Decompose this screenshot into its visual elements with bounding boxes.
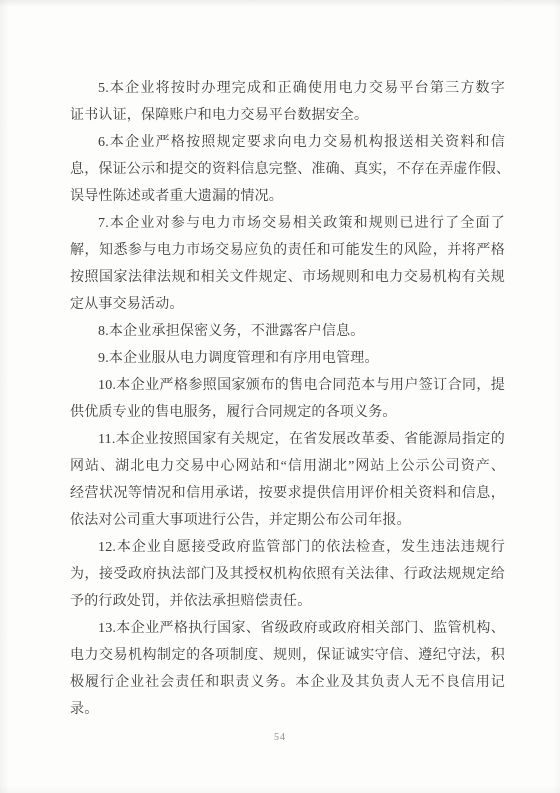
document-body: 5.本企业将按时办理完成和正确使用电力交易平台第三方数字证书认证，保障账户和电力… <box>70 75 505 723</box>
paragraph-line: 5.本企业将按时办理完成和正确使用电力交易平台第三方数字 <box>70 75 505 102</box>
paragraph-line: 网站、湖北电力交易中心网站和“信用湖北”网站上公示公司资产、 <box>70 453 505 480</box>
document-page: 5.本企业将按时办理完成和正确使用电力交易平台第三方数字证书认证，保障账户和电力… <box>0 0 560 793</box>
paragraph-line: 10.本企业严格参照国家颁布的售电合同范本与用户签订合同，提 <box>70 372 505 399</box>
paragraph-line: 极履行企业社会责任和职责义务。本企业及其负责人无不良信用记 <box>70 669 505 696</box>
paragraph-line: 定从事交易活动。 <box>70 291 505 318</box>
paragraph-9: 9.本企业服从电力调度管理和有序用电管理。 <box>70 345 505 372</box>
paragraph-7: 7.本企业对参与电力市场交易相关政策和规则已进行了全面了解，知悉参与电力市场交易… <box>70 210 505 318</box>
paragraph-line: 8.本企业承担保密义务，不泄露客户信息。 <box>70 318 505 345</box>
paragraph-line: 为，接受政府执法部门及其授权机构依照有关法律、行政法规规定给 <box>70 561 505 588</box>
paragraph-line: 6.本企业严格按照规定要求向电力交易机构报送相关资料和信 <box>70 129 505 156</box>
paragraph-line: 经营状况等情况和信用承诺，按要求提供信用评价相关资料和信息， <box>70 480 505 507</box>
paragraph-11: 11.本企业按照国家有关规定，在省发展改革委、省能源局指定的网站、湖北电力交易中… <box>70 426 505 534</box>
page-number: 54 <box>0 732 560 743</box>
paragraph-line: 息，保证公示和提交的资料信息完整、准确、真实，不存在弄虚作假、 <box>70 156 505 183</box>
paragraph-10: 10.本企业严格参照国家颁布的售电合同范本与用户签订合同，提供优质专业的售电服务… <box>70 372 505 426</box>
paragraph-line: 9.本企业服从电力调度管理和有序用电管理。 <box>70 345 505 372</box>
paragraph-6: 6.本企业严格按照规定要求向电力交易机构报送相关资料和信息，保证公示和提交的资料… <box>70 129 505 210</box>
paragraph-12: 12.本企业自愿接受政府监管部门的依法检查，发生违法违规行为，接受政府执法部门及… <box>70 534 505 615</box>
paragraph-line: 11.本企业按照国家有关规定，在省发展改革委、省能源局指定的 <box>70 426 505 453</box>
paragraph-line: 7.本企业对参与电力市场交易相关政策和规则已进行了全面了 <box>70 210 505 237</box>
paragraph-line: 录。 <box>70 696 505 723</box>
paragraph-line: 按照国家法律法规和相关文件规定、市场规则和电力交易机构有关规 <box>70 264 505 291</box>
paragraph-line: 供优质专业的售电服务，履行合同规定的各项义务。 <box>70 399 505 426</box>
paragraph-13: 13.本企业严格执行国家、省级政府或政府相关部门、监管机构、电力交易机构制定的各… <box>70 615 505 723</box>
paragraph-line: 解，知悉参与电力市场交易应负的责任和可能发生的风险，并将严格 <box>70 237 505 264</box>
paragraph-8: 8.本企业承担保密义务，不泄露客户信息。 <box>70 318 505 345</box>
paragraph-line: 证书认证，保障账户和电力交易平台数据安全。 <box>70 102 505 129</box>
paragraph-line: 依法对公司重大事项进行公告，并定期公布公司年报。 <box>70 507 505 534</box>
paragraph-line: 13.本企业严格执行国家、省级政府或政府相关部门、监管机构、 <box>70 615 505 642</box>
paragraph-line: 予的行政处罚，并依法承担赔偿责任。 <box>70 588 505 615</box>
paragraph-line: 12.本企业自愿接受政府监管部门的依法检查，发生违法违规行 <box>70 534 505 561</box>
paragraph-line: 误导性陈述或者重大遗漏的情况。 <box>70 183 505 210</box>
paragraph-5: 5.本企业将按时办理完成和正确使用电力交易平台第三方数字证书认证，保障账户和电力… <box>70 75 505 129</box>
paragraph-line: 电力交易机构制定的各项制度、规则，保证诚实守信、遵纪守法，积 <box>70 642 505 669</box>
